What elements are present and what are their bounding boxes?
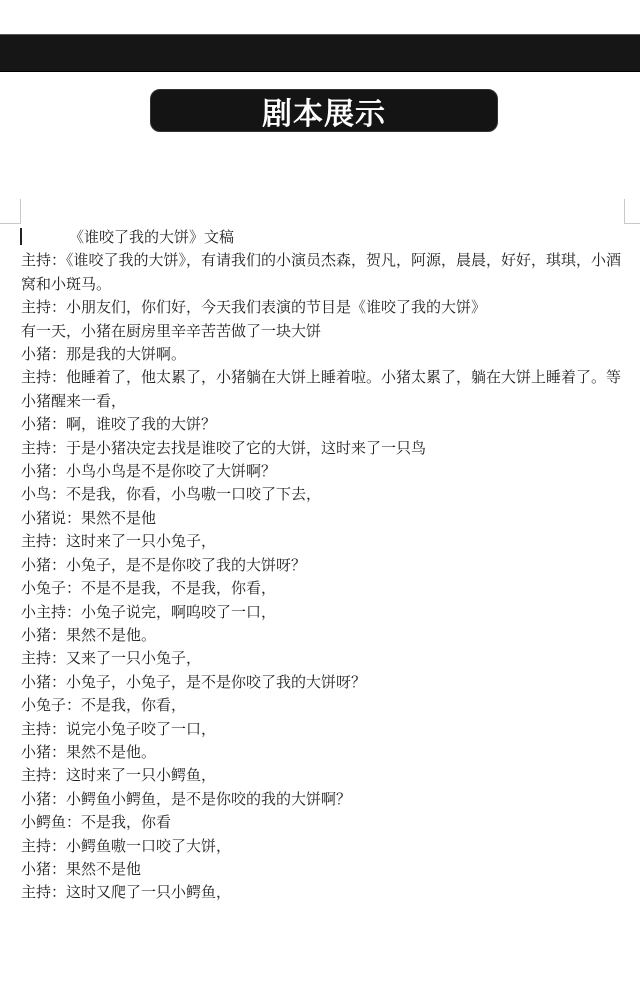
page-corner-mark-left	[0, 199, 21, 224]
script-line: 主持：他睡着了，他太累了，小猪躺在大饼上睡着啦。小猪太累了，躺在大饼上睡着了。等…	[21, 366, 631, 413]
script-line: 主持：于是小猪决定去找是谁咬了它的大饼，这时来了一只鸟	[21, 437, 631, 460]
script-line: 小猪：果然不是他。	[21, 624, 631, 647]
page-corner-mark-right	[624, 199, 640, 224]
top-black-bar	[0, 34, 640, 72]
banner-title: 剧本展示	[262, 89, 386, 133]
script-line: 主持：这时来了一只小鳄鱼，	[21, 764, 631, 787]
script-line: 小主持：小兔子说完，啊呜咬了一口，	[21, 601, 631, 624]
script-line: 主持：小朋友们，你们好，今天我们表演的节目是《谁咬了我的大饼》	[21, 296, 631, 319]
script-line: 主持：又来了一只小兔子，	[21, 647, 631, 670]
script-line: 小猪：啊，谁咬了我的大饼？	[21, 413, 631, 436]
script-line: 主持：这时又爬了一只小鳄鱼，	[21, 881, 631, 904]
document-body[interactable]: 《谁咬了我的大饼》文稿 主持：《谁咬了我的大饼》，有请我们的小演员杰森，贺凡，阿…	[21, 226, 631, 905]
title-banner: 剧本展示	[150, 89, 498, 132]
script-line: 主持：这时来了一只小兔子，	[21, 530, 631, 553]
script-line: 小猪：小鸟小鸟是不是你咬了大饼啊？	[21, 460, 631, 483]
script-line: 有一天，小猪在厨房里辛辛苦苦做了一块大饼	[21, 320, 631, 343]
script-line: 主持：说完小兔子咬了一口，	[21, 718, 631, 741]
script-line: 小猪：那是我的大饼啊。	[21, 343, 631, 366]
script-line: 小兔子：不是不是我，不是我，你看，	[21, 577, 631, 600]
script-line: 小猪：小兔子，是不是你咬了我的大饼呀？	[21, 554, 631, 577]
script-line: 小猪：小鳄鱼小鳄鱼，是不是你咬的我的大饼啊？	[21, 788, 631, 811]
script-line: 小猪：果然不是他	[21, 858, 631, 881]
script-line: 小猪：果然不是他。	[21, 741, 631, 764]
script-line: 小兔子：不是我，你看，	[21, 694, 631, 717]
script-line: 小鳄鱼：不是我，你看	[21, 811, 631, 834]
script-line: 主持：《谁咬了我的大饼》，有请我们的小演员杰森，贺凡，阿源，晨晨，好好，琪琪，小…	[21, 249, 631, 296]
script-line: 小猪：小兔子，小兔子，是不是你咬了我的大饼呀？	[21, 671, 631, 694]
document-title: 《谁咬了我的大饼》文稿	[21, 226, 631, 249]
script-line: 小猪说：果然不是他	[21, 507, 631, 530]
script-line: 主持：小鳄鱼嗷一口咬了大饼，	[21, 835, 631, 858]
script-line: 小鸟：不是我，你看，小鸟嗷一口咬了下去，	[21, 483, 631, 506]
